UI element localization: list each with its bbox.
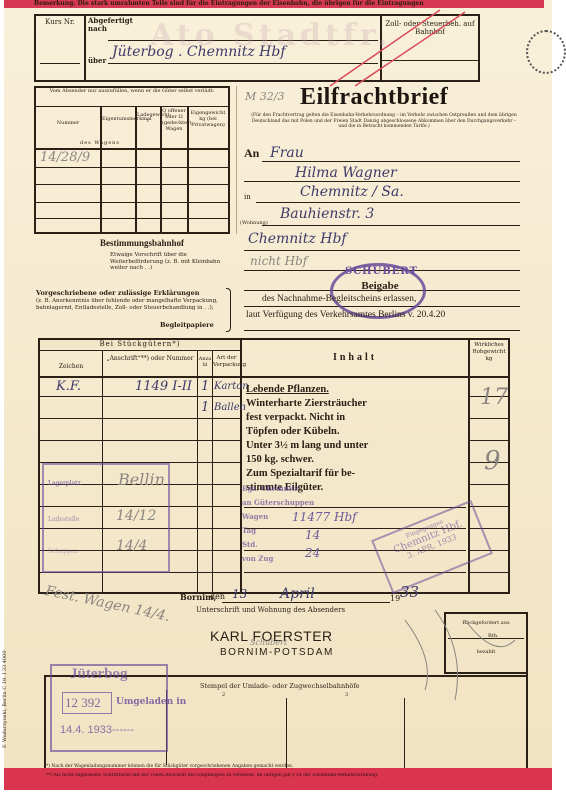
an-label: An bbox=[244, 146, 259, 161]
handwritten-1: Bellin bbox=[118, 470, 165, 489]
handwritten-5: 14 bbox=[305, 528, 320, 542]
pencil-scribble bbox=[395, 600, 535, 710]
handwritten-3: 14/4 bbox=[116, 538, 147, 554]
recipient-name: Hilma Wagner bbox=[295, 165, 397, 181]
bestimmung-note: Etwaige Vorschrift über die Weiterbeförd… bbox=[110, 252, 226, 272]
header-verpackung: Art der Verpackung bbox=[213, 355, 240, 369]
kurs-label: Kurs Nr. bbox=[38, 18, 82, 26]
header-anschrift: „Anschrift“**) oder Nummer bbox=[104, 355, 196, 362]
header-anzahl: Anzahl bbox=[198, 356, 212, 368]
printer-imprint: F. Wodarzynski, Berlin C 19. I 33 4000 bbox=[2, 650, 8, 748]
col-eigentum: Eigentumsmerkmal bbox=[102, 116, 134, 122]
erklaerungen-title: Vorgeschriebene oder zulässige Erklärung… bbox=[36, 289, 199, 297]
round-seal bbox=[526, 30, 566, 74]
header-gewicht: Wirkliches Rohgewicht kg bbox=[470, 342, 508, 363]
row1-zeichen: K.F. bbox=[56, 379, 81, 394]
in-label: in bbox=[244, 193, 251, 201]
row2-verpackung: Ballen bbox=[214, 402, 246, 413]
col-3-label: 3 bbox=[345, 692, 348, 698]
inhalt-line: 150 kg. schwer. bbox=[246, 453, 468, 467]
row1-verpackung: Karton bbox=[214, 381, 249, 392]
recipient-city: Chemnitz / Sa. bbox=[300, 184, 404, 200]
stamp-ladestelle: Ladestelle bbox=[48, 516, 79, 523]
destination-station: Chemnitz Hbf bbox=[248, 231, 347, 247]
inhalt-line: Winterharte Ziersträucher bbox=[246, 397, 468, 411]
sign-year: 33 bbox=[400, 583, 419, 601]
reference-number: M 32/3 bbox=[245, 90, 284, 103]
jueterbog-station: Jüterbog bbox=[70, 666, 128, 683]
inhalt-line: Lebende Pflanzen. bbox=[246, 383, 468, 397]
document-title: Eilfrachtbrief bbox=[300, 84, 448, 111]
weight-value: 17 bbox=[480, 385, 508, 410]
company-location: BORNIM-POTSDAM bbox=[220, 647, 334, 658]
beigabe-line2: laut Verfügung des Verkehrsamtes Berlins… bbox=[246, 310, 445, 320]
group-header: Bei Stückgütern*) bbox=[40, 340, 240, 348]
wagon-box-title: Vom Absender nur auszufüllen, wenn er di… bbox=[40, 88, 224, 94]
inhalt-text: Lebende Pflanzen. Winterharte Ziersträuc… bbox=[246, 383, 468, 495]
document-subtitle: (Für den Frachtvertrag gelten die Eisenb… bbox=[248, 113, 520, 130]
sign-day: 13 bbox=[232, 587, 247, 601]
recipient-line1: Frau bbox=[270, 145, 304, 161]
stamp-line: Egz. Chemnitz bbox=[242, 482, 314, 496]
inhalt-line: Töpfen oder Kübeln. bbox=[246, 425, 468, 439]
jueterbog-date: 14.4. 1933------ bbox=[60, 724, 134, 736]
header-zeichen: Zeichen bbox=[40, 364, 102, 370]
row2-anzahl: 1 bbox=[201, 400, 209, 415]
weight-value-2: 9 bbox=[484, 446, 501, 476]
pencil-signature: Schubert bbox=[250, 638, 287, 647]
stamp-line: an Güterschuppen bbox=[242, 496, 314, 510]
bottom-red-band bbox=[4, 768, 552, 790]
stamp-line: von Zug bbox=[242, 552, 314, 566]
col-wagen-type: O offener oder Ω (gedeckter) Wagen bbox=[162, 108, 186, 132]
pencil-note: nicht Hbf bbox=[250, 254, 307, 268]
inhalt-line: fest verpackt. Nicht in bbox=[246, 411, 468, 425]
wagon-number: 14/28/9 bbox=[40, 150, 90, 165]
col-nummer: Nummer bbox=[38, 120, 98, 126]
handwritten-4: 11477 Hbf bbox=[292, 510, 357, 524]
brace bbox=[226, 288, 231, 332]
den-label: den bbox=[210, 592, 225, 601]
recipient-street: Bauhienstr. 3 bbox=[280, 206, 374, 222]
des-wagens: des Wagens bbox=[50, 140, 150, 146]
begleitpapiere-label: Begleitpapiere bbox=[160, 321, 214, 329]
row1-nummer: 1149 I-II bbox=[135, 379, 192, 394]
inhalt-line: Unter 3½ m lang und unter bbox=[246, 439, 468, 453]
beigabe-label: Beigabe bbox=[340, 280, 420, 292]
erklaerungen-note: (z. B. Anerkenntnis über fehlende oder m… bbox=[36, 298, 226, 311]
sign-month: April bbox=[280, 586, 315, 602]
stamp-schuppen: Schuppen bbox=[48, 548, 78, 555]
stamp-line: Tag bbox=[242, 524, 314, 538]
header-inhalt: Inhalt bbox=[242, 352, 468, 363]
stamp-lagerplatz: Lagerplatz bbox=[48, 480, 81, 487]
stempel-label: Stempel der Umlade- oder Zugwechselbahnh… bbox=[200, 682, 360, 690]
jueterbog-text: Umgeladen in bbox=[116, 697, 186, 707]
bestimmungsbahnhof-label: Bestimmungsbahnhof bbox=[100, 238, 184, 248]
row1-anzahl: 1 bbox=[201, 379, 209, 394]
abgefertigt-label: Abgefertigt nach bbox=[88, 17, 128, 33]
signature-caption: Unterschrift und Wohnung des Absenders bbox=[196, 606, 345, 614]
jueterbog-number: 12 392 bbox=[65, 695, 101, 711]
handwritten-6: 24 bbox=[305, 546, 320, 560]
beigabe-line1: des Nachnahme-Begleitscheins erlassen, bbox=[262, 294, 416, 304]
wagen-stamp: Egz. Chemnitz an Güterschuppen Wagen Tag… bbox=[242, 482, 314, 566]
inhalt-line: Zum Spezialtarif für be- bbox=[246, 467, 468, 481]
handwritten-2: 14/12 bbox=[116, 508, 156, 524]
stamp-line: Std. bbox=[242, 538, 314, 552]
stamp-name: SCHUBERT bbox=[345, 266, 415, 277]
ueber-label: über bbox=[88, 57, 106, 65]
col-eigengewicht: Eigengewicht kg (bei Privatwagen) bbox=[189, 110, 227, 128]
col-2-label: 2 bbox=[222, 692, 225, 698]
col-ladegewicht: Ladegewicht t bbox=[137, 112, 159, 124]
footnote-2: **) Als nicht zugelassen: Schriftfarbe m… bbox=[46, 773, 546, 778]
red-strike-marks bbox=[300, 8, 500, 88]
